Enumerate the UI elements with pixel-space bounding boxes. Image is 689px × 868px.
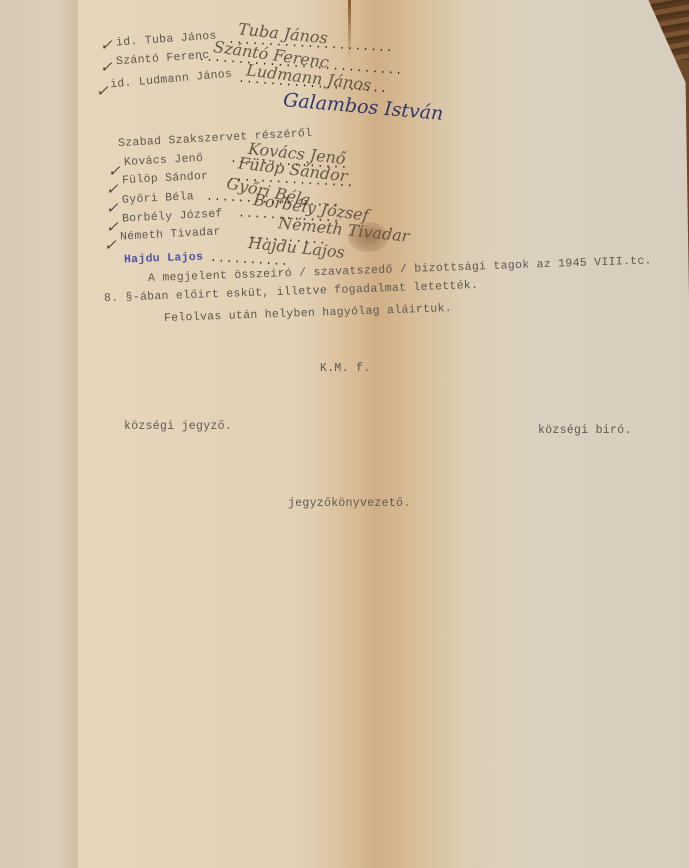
signatory-name: id. Ludmann János [110,68,233,92]
signatory-name: Borbély József [122,207,223,225]
check-mark-icon: ✓ [108,162,121,180]
signature-label-judge: községi biró. [538,424,632,437]
signatory-name: id. Tuba János [116,29,217,49]
signatory-name: Németh Tivadar [120,225,221,243]
signatory-name: Győri Béla [122,190,195,207]
check-mark-icon: ✓ [100,58,113,76]
signatory-name-blue: Hajdu Lajos [124,251,204,267]
signature-label-recorder: jegyzőkönyvezető. [288,497,410,510]
check-mark-icon: ✓ [106,199,119,217]
check-mark-icon: ✓ [96,82,109,100]
closing-abbreviation: K.M. f. [320,362,370,375]
signatory-name: Fülöp Sándor [122,170,209,188]
ink-smudge [348,222,388,252]
document-page: ✓ id. Tuba János ..................... T… [78,0,689,868]
signature-label-notary: községi jegyző. [124,420,232,433]
signatory-name: Szántó Ferenc [116,49,210,68]
check-mark-icon: ✓ [106,180,119,198]
check-mark-icon: ✓ [106,218,119,236]
signatory-name: Kovács Jenő [124,152,204,169]
body-text-line-3: Felolvas után helyben hagyólag aláirtuk. [164,302,452,325]
check-mark-icon: ✓ [104,236,117,254]
check-mark-icon: ✓ [100,36,113,54]
